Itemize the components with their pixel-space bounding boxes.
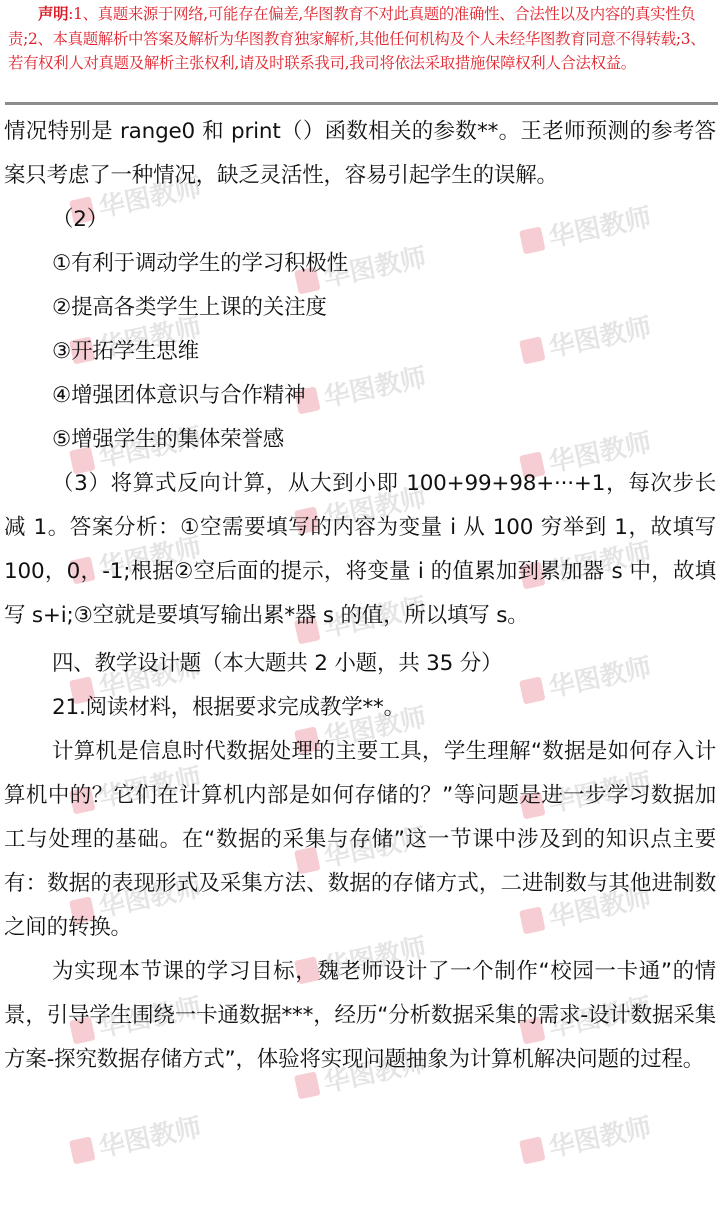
watermark-logo-icon (519, 1136, 546, 1164)
watermark: 华图教师 (68, 1107, 205, 1171)
header-divider (5, 102, 718, 105)
section-4-title: 四、教学设计题（本大题共 2 小题，共 35 分） (4, 642, 716, 686)
disclaimer-lead: 声明 (38, 5, 68, 23)
q2-item-2: ②提高各类学生上课的关注度 (4, 286, 716, 330)
material-paragraph-1: 计算机是信息时代数据处理的主要工具，学生理解“数据是如何存入计算机中的？它们在计… (4, 730, 716, 950)
question-3-answer: （3）将算式反向计算，从大到小即 100+99+98+···+1，每次步长减 1… (4, 462, 716, 638)
material-paragraph-2: 为实现本节课的学习目标，魏老师设计了一个制作“校园一卡通”的情景，引导学生围绕一… (4, 950, 716, 1082)
q2-item-3: ③开拓学生思维 (4, 330, 716, 374)
q2-item-1: ①有利于调动学生的学习积极性 (4, 242, 716, 286)
watermark: 华图教师 (518, 1107, 655, 1171)
document-body: 情况特别是 range0 和 print（）函数相关的参数**。王老师预测的参考… (4, 110, 716, 1082)
q2-item-5: ⑤增强学生的集体荣誉感 (4, 418, 716, 462)
question-2-label: （2） (4, 198, 716, 242)
question-21-title: 21.阅读材料，根据要求完成教学**。 (4, 686, 716, 730)
watermark-logo-icon (69, 1136, 96, 1164)
q2-item-4: ④增强团体意识与合作精神 (4, 374, 716, 418)
disclaimer: 声明:1、真题来源于网络,可能存在偏差,华图教育不对此真题的准确性、合法性以及内… (8, 2, 720, 76)
paragraph-q1-continued: 情况特别是 range0 和 print（）函数相关的参数**。王老师预测的参考… (4, 110, 716, 198)
disclaimer-text: :1、真题来源于网络,可能存在偏差,华图教育不对此真题的准确性、合法性以及内容的… (8, 5, 705, 72)
